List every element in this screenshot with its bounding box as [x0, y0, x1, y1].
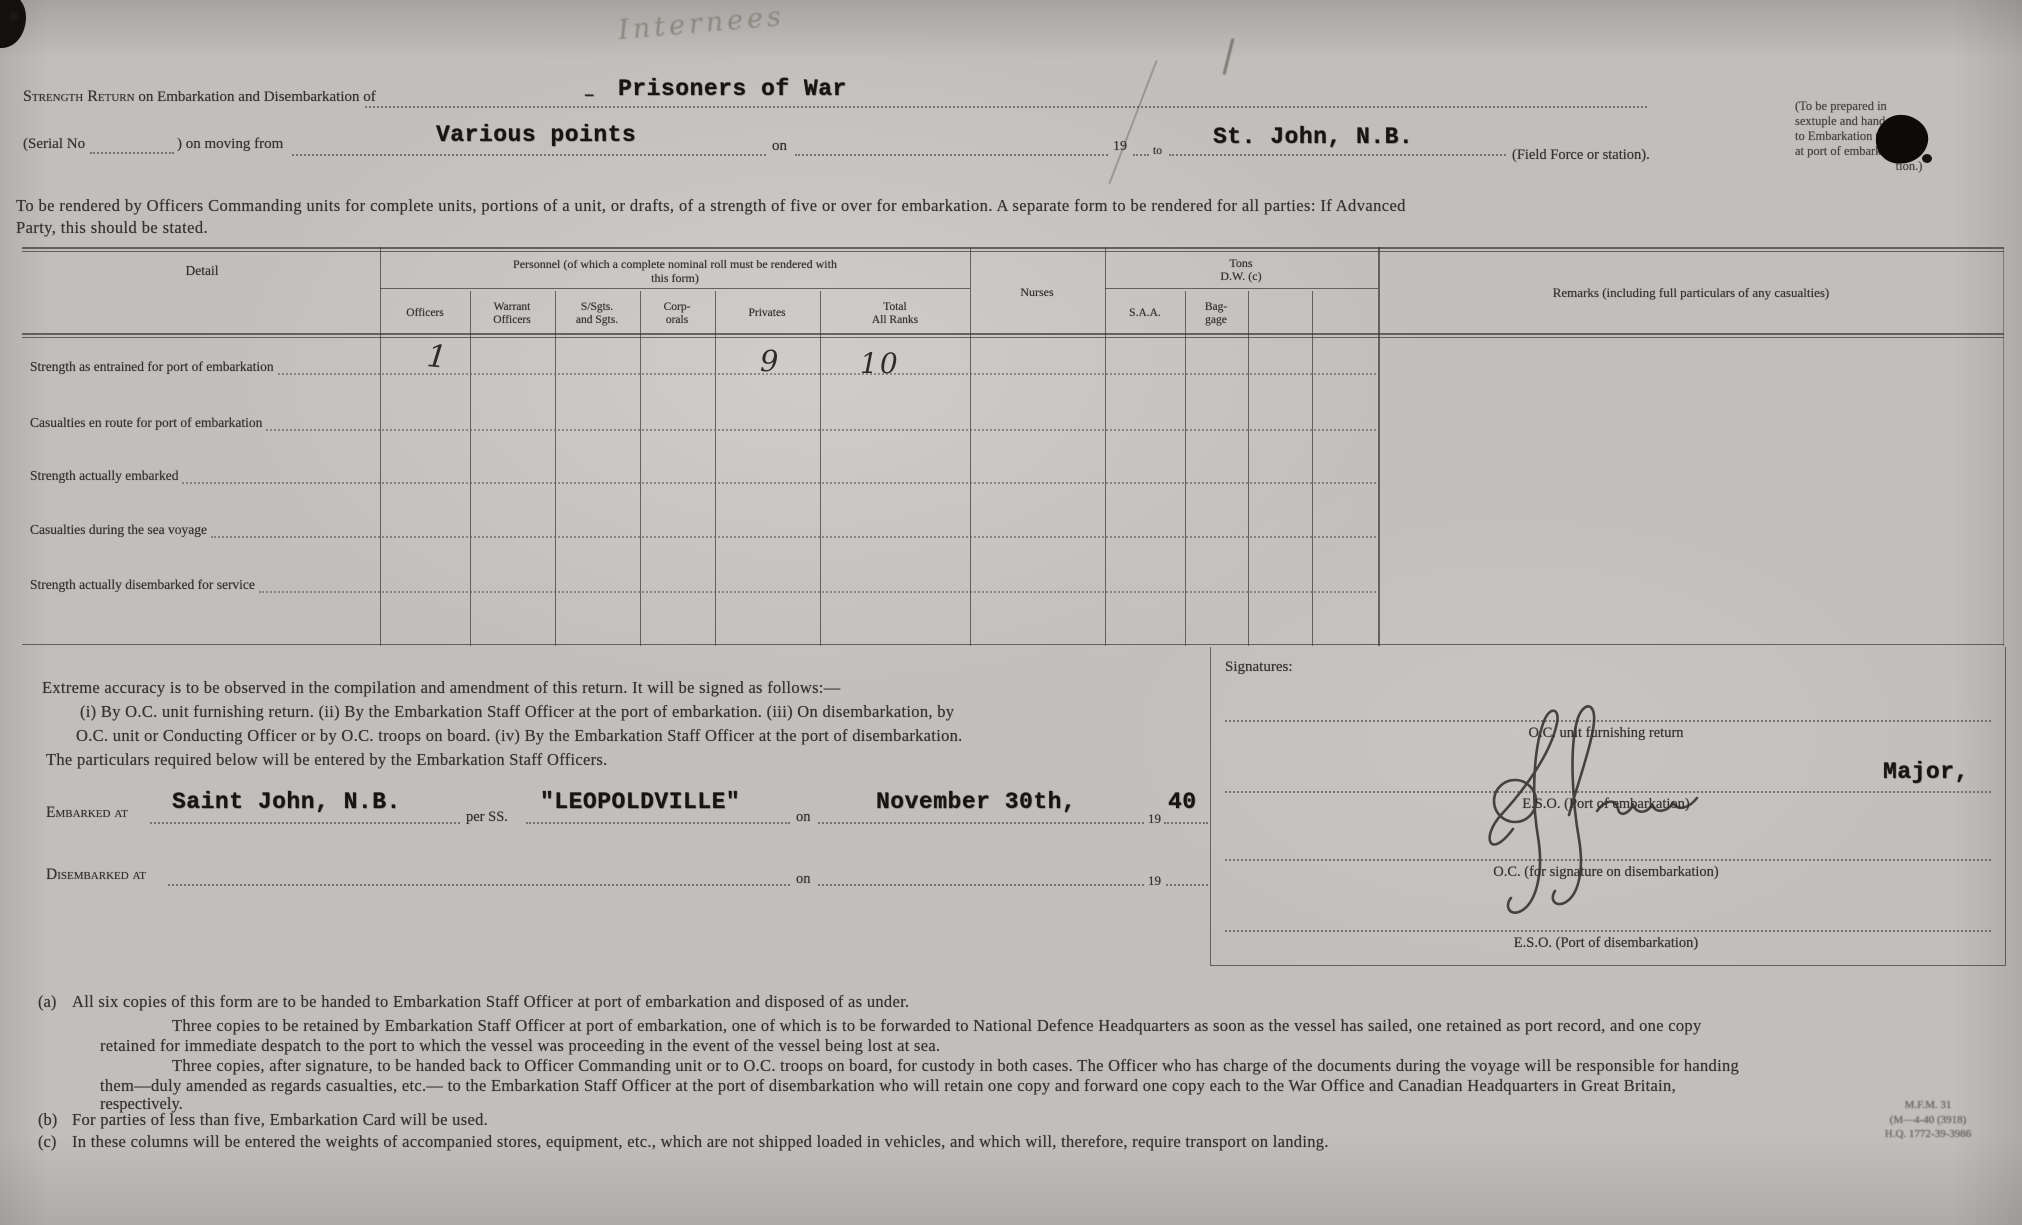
col-header-privates: Privates: [748, 307, 785, 319]
cell-value-officers: 1: [425, 338, 448, 376]
col-header-baggage1: Bag-: [1205, 301, 1227, 313]
pencil-note: Internees: [617, 1, 786, 46]
row-label: Casualties during the sea voyage: [30, 522, 211, 538]
table-row: Strength as entrained for port of embark…: [30, 357, 1376, 375]
col-header-warrant2: Officers: [493, 314, 530, 326]
year-fill-line: [1133, 134, 1149, 156]
form-reference-block: M.F.M. 31 (M—4-40 (3918) H.Q. 1772-39-39…: [1872, 1098, 1984, 1142]
header-bottom-rule: [22, 333, 2004, 335]
scratch-mark: [1108, 60, 1157, 184]
date-value: November 30th,: [876, 789, 1076, 815]
form-title: Strength Return on Embarkation and Disem…: [23, 88, 376, 106]
col-line-remarks: [1378, 247, 1380, 646]
footnote-a-para2-line1: Three copies, after signature, to be han…: [172, 1056, 1739, 1076]
row-leader-line: [266, 427, 1376, 431]
moving-from-value: Various points: [436, 122, 636, 148]
disembarked-year-fill-line: [1166, 864, 1208, 886]
footnote-b-text: For parties of less than five, Embarkati…: [72, 1110, 488, 1130]
tons-group-header2: D.W. (c): [1220, 269, 1261, 284]
to-label: to: [1153, 145, 1162, 157]
corner-note-line: tion.): [1795, 159, 2022, 174]
row-label: Strength actually disembarked for servic…: [30, 577, 259, 593]
footnote-a-para2-line2: them—duly amended as regards casualties,…: [100, 1076, 1676, 1096]
personnel-subrule: [380, 288, 970, 289]
personnel-header-line2: this form): [651, 271, 699, 286]
table-top-rule2: [22, 251, 2004, 252]
field-force-label: (Field Force or station).: [1512, 147, 1650, 164]
accuracy-line4: The particulars required below will be e…: [46, 750, 608, 770]
on-label: on: [772, 138, 787, 155]
form-ref-line: M.F.M. 31: [1872, 1098, 1984, 1113]
personnel-header-line1: Personnel (of which a complete nominal r…: [513, 257, 837, 272]
serial-label: (Serial No: [23, 136, 85, 153]
form-title-rest: on Embarkation and Disembarkation of: [135, 89, 376, 105]
rank-annotation: Major,: [1883, 759, 1969, 785]
destination-value: St. John, N.B.: [1213, 124, 1413, 150]
embarked-value: Saint John, N.B.: [172, 789, 401, 815]
col-header-corporals2: orals: [666, 314, 688, 326]
col-header-total1: Total: [883, 301, 906, 313]
footnote-b-label: (b): [38, 1110, 57, 1130]
col-header-ssgts2: and Sgts.: [576, 314, 618, 326]
footnote-a-line1: All six copies of this form are to be ha…: [72, 992, 909, 1012]
disembarked-on-label: on: [796, 871, 811, 888]
remarks-header: Remarks (including full particulars of a…: [1553, 285, 1830, 301]
cell-value-privates: 9: [760, 344, 778, 378]
disembarked-date-fill-line: [818, 864, 1144, 886]
embarked-year-prefix: 19: [1148, 811, 1161, 827]
per-ss-label: per SS.: [466, 809, 508, 826]
col-header-total2: All Ranks: [872, 314, 918, 326]
year-fill-line2: [1164, 802, 1208, 824]
table-right-edge: [2003, 247, 2004, 646]
form-title-caps: Strength Return: [23, 88, 135, 105]
title-fill-line: [365, 86, 1647, 108]
table-top-rule: [22, 247, 2004, 249]
accuracy-line3: O.C. unit or Conducting Officer or by O.…: [76, 726, 963, 746]
footnote-c-text: In these columns will be entered the wei…: [72, 1132, 1329, 1152]
form-ref-line: (M—4-40 (3918): [1872, 1113, 1984, 1128]
col-header-warrant1: Warrant: [494, 301, 531, 313]
col-header-saa: S.A.A.: [1129, 307, 1161, 319]
table-row: Casualties en route for port of embarkat…: [30, 413, 1376, 431]
header-bottom-rule2: [22, 337, 2004, 338]
footnote-c-label: (c): [38, 1132, 56, 1152]
cell-value-total: 10: [860, 347, 900, 380]
embarked-on-label: on: [796, 809, 811, 826]
disembarked-fill-line: [168, 864, 790, 886]
row-label: Strength actually embarked: [30, 468, 182, 484]
moving-from-label: ) on moving from: [177, 136, 283, 153]
col-header-corporals1: Corp-: [664, 301, 691, 313]
corner-note-line: (To be prepared in: [1795, 99, 2022, 114]
table-row: Strength actually embarked: [30, 466, 1376, 484]
row-label: Casualties en route for port of embarkat…: [30, 415, 266, 431]
serial-fill-line: [90, 132, 174, 154]
disembarked-year-prefix: 19: [1148, 873, 1161, 889]
eso-disembarkation-label: E.S.O. (Port of disembarkation): [1514, 935, 1698, 952]
row-label: Strength as entrained for port of embark…: [30, 359, 278, 375]
instructions-line1: To be rendered by Officers Commanding un…: [16, 196, 1406, 216]
table-row: Strength actually disembarked for servic…: [30, 575, 1376, 593]
row-leader-line: [259, 589, 1376, 593]
table-row: Casualties during the sea voyage: [30, 520, 1376, 538]
disembarked-label: Disembarked at: [46, 866, 146, 884]
table-bottom-rule: [22, 644, 2004, 645]
col-header-baggage2: gage: [1205, 314, 1227, 326]
instructions-line2: Party, this should be stated.: [16, 218, 208, 238]
col-header-officers: Officers: [406, 307, 443, 319]
form-ref-line: H.Q. 1772-39-3986: [1872, 1127, 1984, 1142]
on-fill-line: [795, 134, 1108, 156]
scan-corner-blot: [0, 0, 26, 48]
col-header-ssgts1: S/Sgts.: [581, 301, 613, 313]
year-prefix: 19: [1113, 139, 1127, 155]
footnote-a-para1-line1: Three copies to be retained by Embarkati…: [172, 1016, 1702, 1036]
accuracy-line2: (i) By O.C. unit furnishing return. (ii)…: [80, 702, 954, 722]
subject-value: Prisoners of War: [618, 76, 847, 102]
footnote-a-label: (a): [38, 992, 56, 1012]
corner-note-line: sextuple and handed: [1795, 114, 2022, 129]
corner-note-line: at port of embarka-: [1795, 144, 2022, 159]
ship-value: "LEOPOLDVILLE": [540, 789, 740, 815]
tons-subrule: [1105, 288, 1378, 289]
signatures-box: Signatures: O.C. unit furnishing return …: [1210, 647, 2006, 966]
signatures-title: Signatures:: [1225, 659, 1293, 676]
signature-scrawl: [1473, 691, 1725, 929]
pencil-slash-mark: [1223, 38, 1234, 75]
stray-typed-dash: —: [585, 88, 594, 104]
strength-table: Detail Personnel (of which a complete no…: [22, 247, 2004, 646]
corner-note: (To be prepared in sextuple and handed t…: [1795, 99, 2022, 174]
scanned-form-page: Internees Strength Return on Embarkation…: [0, 0, 2022, 1225]
footnote-a-para1-line2: retained for immediate despatch to the p…: [100, 1036, 940, 1056]
col-header-nurses: Nurses: [1020, 285, 1053, 300]
detail-header: Detail: [186, 263, 219, 279]
row-leader-line: [182, 480, 1376, 484]
row-leader-line: [211, 534, 1376, 538]
corner-note-line: to Embarkation Officer: [1795, 129, 2022, 144]
scan-speck: [9, 12, 18, 21]
accuracy-line1: Extreme accuracy is to be observed in th…: [42, 678, 841, 698]
embarked-label: Embarked at: [46, 804, 128, 822]
